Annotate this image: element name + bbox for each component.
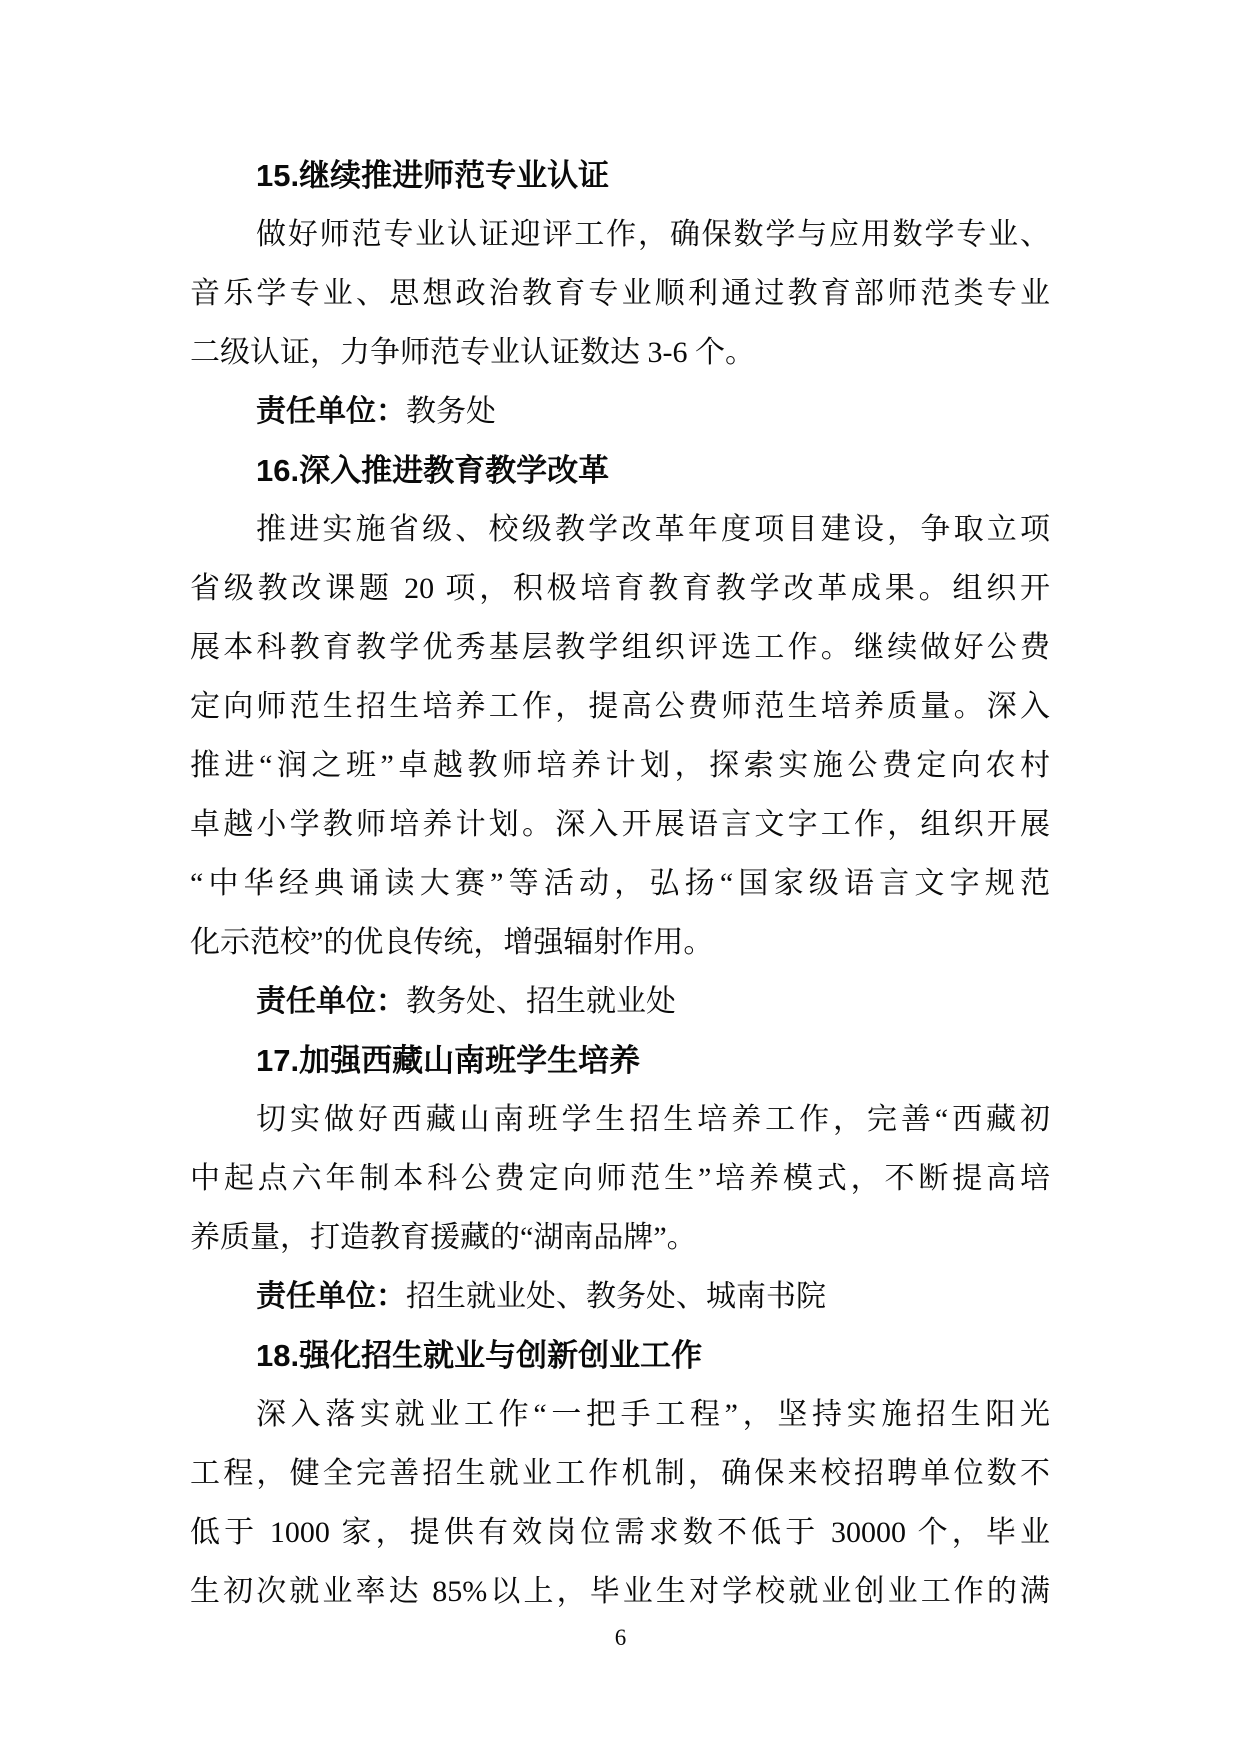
section-16-para-line-3: 展本科教育教学优秀基层教学组织评选工作。继续做好公费: [190, 618, 1050, 677]
responsibility-label: 责任单位：: [256, 1280, 406, 1313]
responsibility-value: 招生就业处、教务处、城南书院: [406, 1280, 826, 1313]
section-18-para-line-1: 深入落实就业工作“一把手工程”，坚持实施招生阳光: [190, 1385, 1050, 1444]
responsibility-label: 责任单位：: [256, 395, 406, 428]
section-15-responsibility-line: 责任单位：教务处: [190, 382, 1050, 441]
section-16-para-line-7: “中华经典诵读大赛”等活动，弘扬“国家级语言文字规范: [190, 854, 1050, 913]
responsibility-value: 教务处、招生就业处: [406, 985, 676, 1018]
section-17-responsibility-line: 责任单位：招生就业处、教务处、城南书院: [190, 1267, 1050, 1326]
page-number: 6: [0, 1620, 1241, 1656]
section-17-para-line-1: 切实做好西藏山南班学生招生培养工作，完善“西藏初: [190, 1090, 1050, 1149]
section-18-heading: 18.强化招生就业与创新创业工作: [190, 1326, 1050, 1385]
section-16-heading: 16.深入推进教育教学改革: [190, 441, 1050, 500]
section-16-para-line-8: 化示范校”的优良传统，增强辐射作用。: [190, 913, 1050, 972]
section-15-heading: 15.继续推进师范专业认证: [190, 146, 1050, 205]
section-15-para-line-1: 做好师范专业认证迎评工作，确保数学与应用数学专业、: [190, 205, 1050, 264]
page-content: 15.继续推进师范专业认证 做好师范专业认证迎评工作，确保数学与应用数学专业、 …: [190, 146, 1050, 1621]
responsibility-value: 教务处: [406, 395, 496, 428]
section-16-para-line-2: 省级教改课题 20 项，积极培育教育教学改革成果。组织开: [190, 559, 1050, 618]
section-16-para-line-1: 推进实施省级、校级教学改革年度项目建设，争取立项: [190, 500, 1050, 559]
section-16-para-line-4: 定向师范生招生培养工作，提高公费师范生培养质量。深入: [190, 677, 1050, 736]
section-15-para-line-2: 音乐学专业、思想政治教育专业顺利通过教育部师范类专业: [190, 264, 1050, 323]
section-18-para-line-4: 生初次就业率达 85%以上，毕业生对学校就业创业工作的满: [190, 1562, 1050, 1621]
section-16-para-line-6: 卓越小学教师培养计划。深入开展语言文字工作，组织开展: [190, 795, 1050, 854]
section-18-para-line-2: 工程，健全完善招生就业工作机制，确保来校招聘单位数不: [190, 1444, 1050, 1503]
section-18-para-line-3: 低于 1000 家，提供有效岗位需求数不低于 30000 个，毕业: [190, 1503, 1050, 1562]
responsibility-label: 责任单位：: [256, 985, 406, 1018]
document-page: 15.继续推进师范专业认证 做好师范专业认证迎评工作，确保数学与应用数学专业、 …: [0, 0, 1241, 1755]
section-15-para-line-3: 二级认证，力争师范专业认证数达 3-6 个。: [190, 323, 1050, 382]
section-16-responsibility-line: 责任单位：教务处、招生就业处: [190, 972, 1050, 1031]
section-17-heading: 17.加强西藏山南班学生培养: [190, 1031, 1050, 1090]
section-16-para-line-5: 推进“润之班”卓越教师培养计划，探索实施公费定向农村: [190, 736, 1050, 795]
section-17-para-line-3: 养质量，打造教育援藏的“湖南品牌”。: [190, 1208, 1050, 1267]
section-17-para-line-2: 中起点六年制本科公费定向师范生”培养模式，不断提高培: [190, 1149, 1050, 1208]
